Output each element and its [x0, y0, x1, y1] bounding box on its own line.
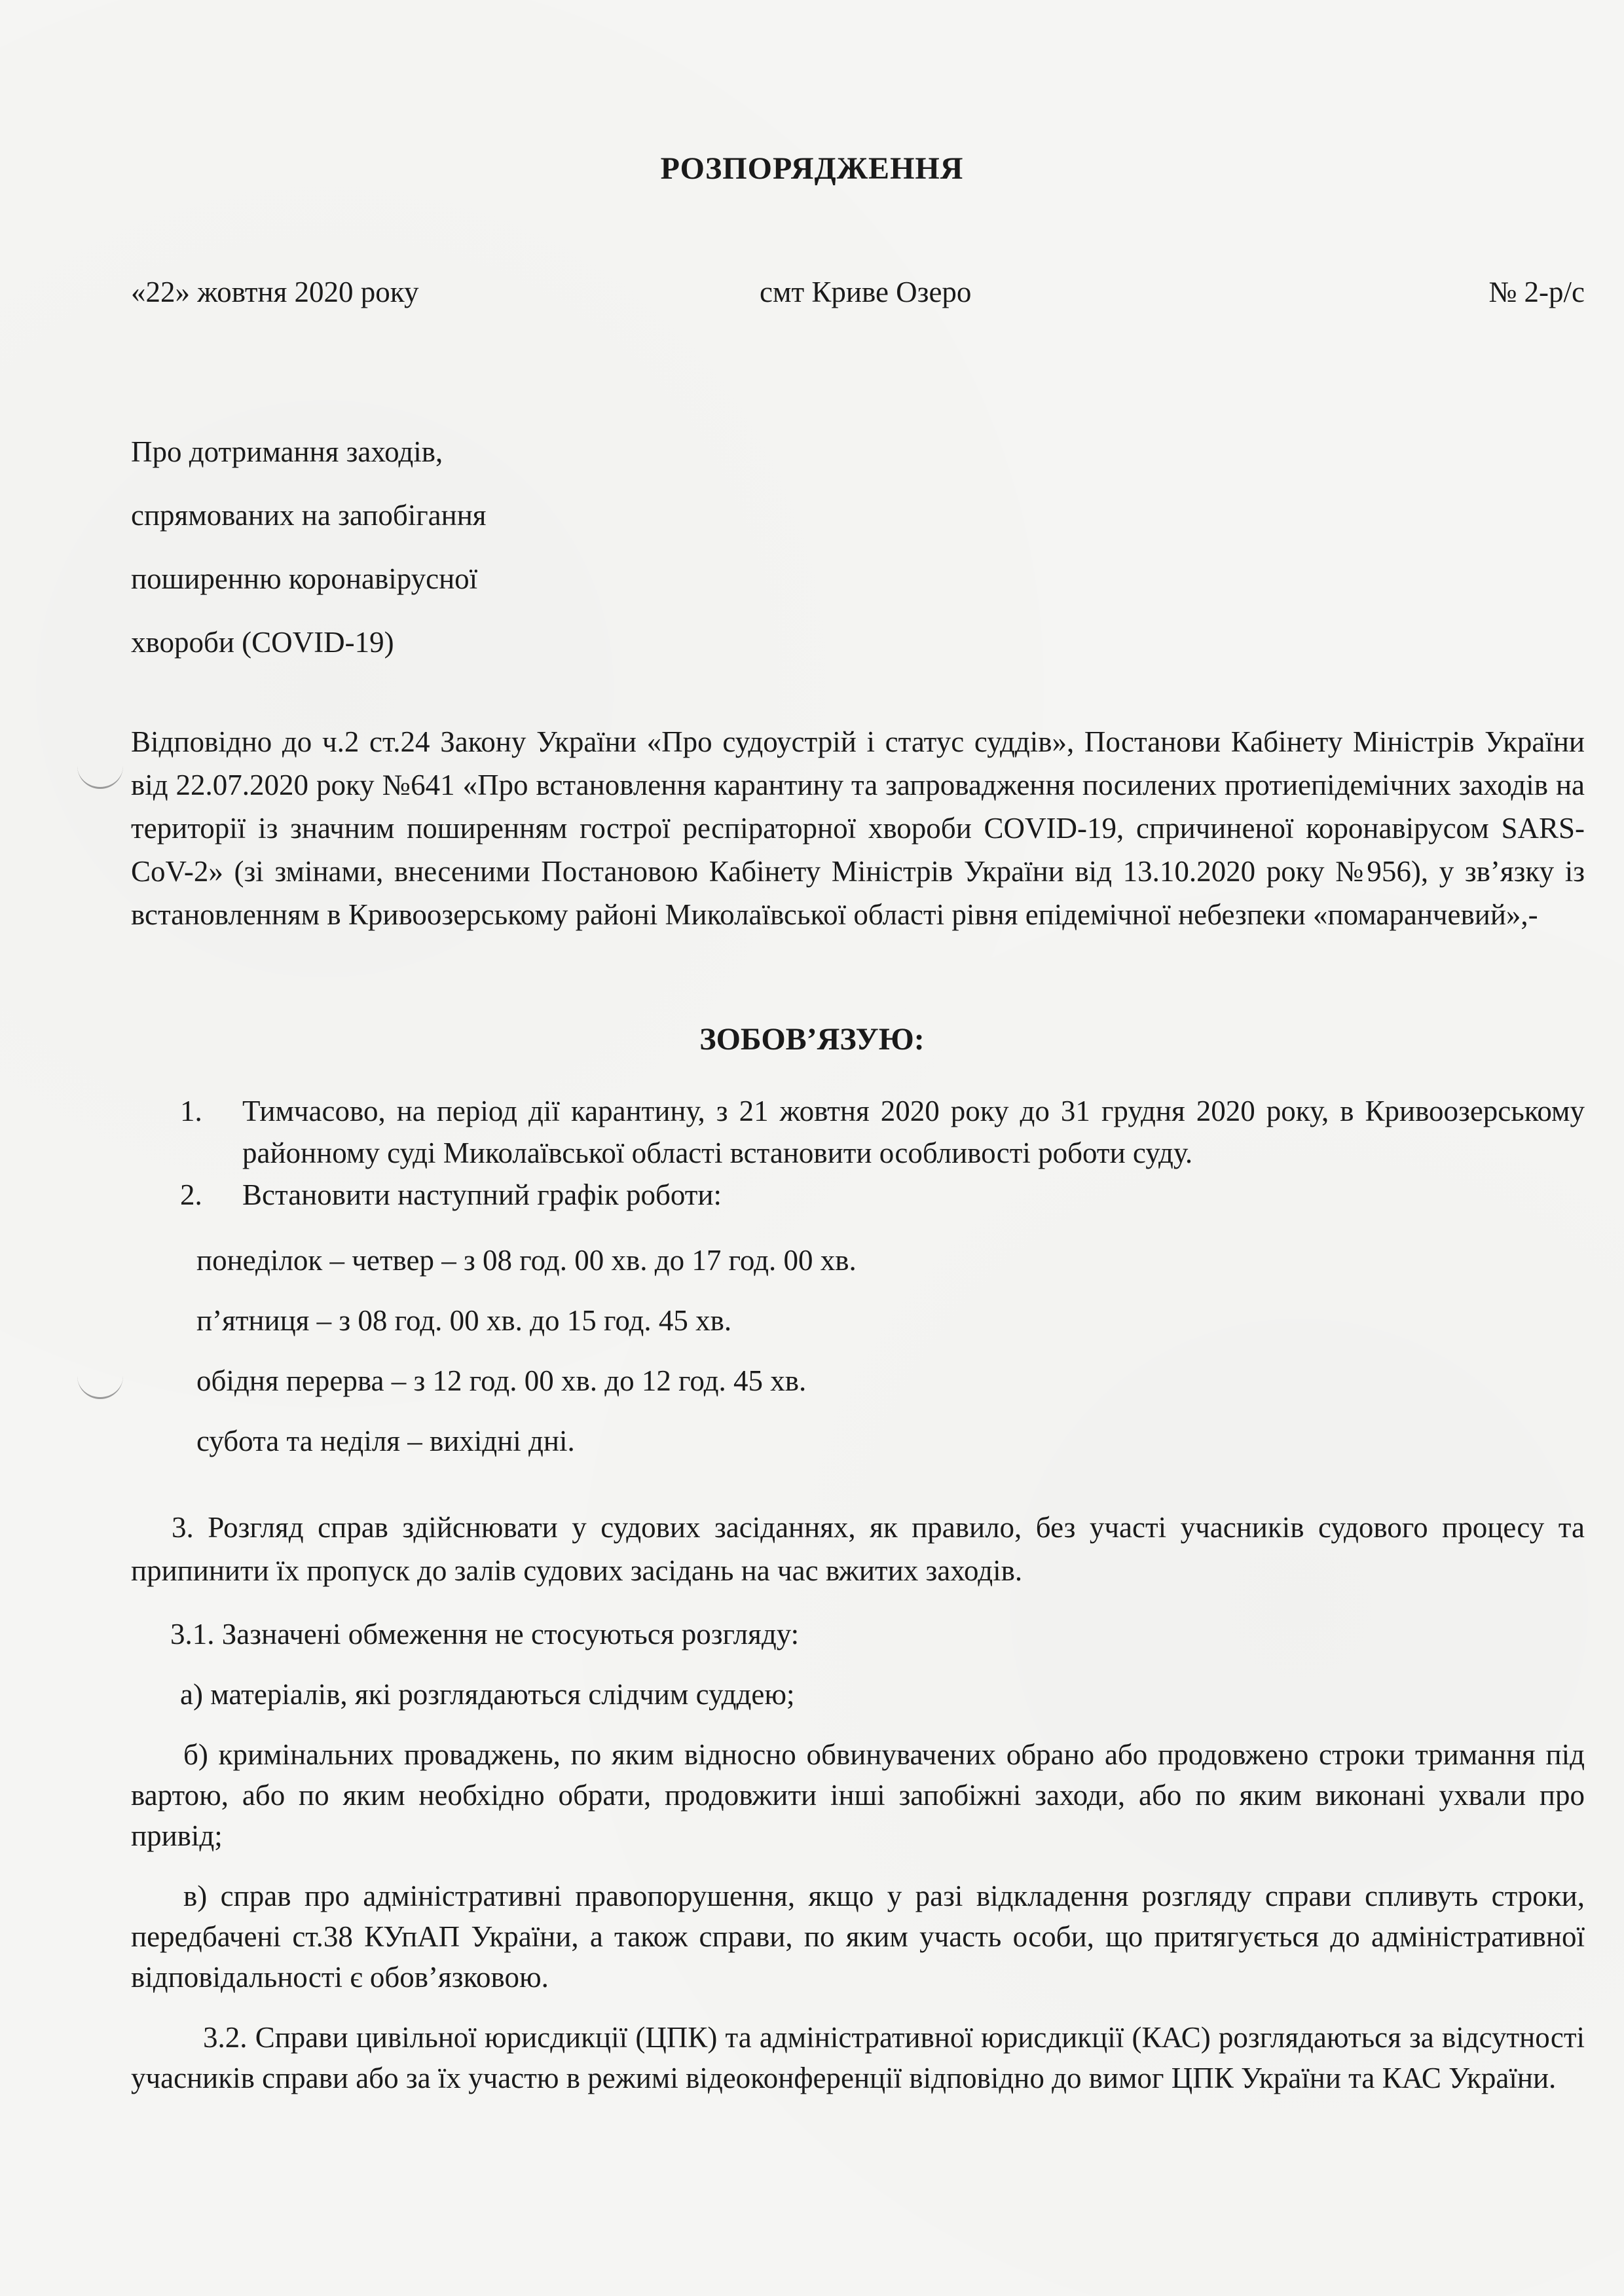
- document-date: «22» жовтня 2020 року: [131, 275, 419, 309]
- schedule-line: субота та неділя – вихідні дні.: [196, 1421, 1585, 1461]
- subject-line: спрямованих на запобігання: [131, 496, 1585, 535]
- numbered-list: 1. Тимчасово, на період дії карантину, з…: [131, 1090, 1585, 1482]
- item-3-paragraph: 3. Розгляд справ здійснювати у судових з…: [131, 1506, 1585, 1592]
- list-item: 2. Встановити наступний графік роботи:: [131, 1174, 1585, 1216]
- item-3-1-a: а) матеріалів, які розглядаються слідчим…: [131, 1674, 1585, 1715]
- subject-line: Про дотримання заходів,: [131, 432, 1585, 471]
- item-3-subsections: 3.1. Зазначені обмеження не стосуються р…: [131, 1614, 1585, 2118]
- punch-hole-mark: [77, 765, 123, 789]
- subject-line: поширенню коронавірусної: [131, 559, 1585, 598]
- document-place: смт Криве Озеро: [760, 275, 971, 309]
- oblige-heading: ЗОБОВ’ЯЗУЮ:: [0, 1021, 1624, 1057]
- punch-hole-mark: [77, 1375, 123, 1399]
- list-number: 1.: [131, 1090, 229, 1174]
- schedule-line: п’ятниця – з 08 год. 00 хв. до 15 год. 4…: [196, 1301, 1585, 1340]
- item-3-2-paragraph: 3.2. Справи цивільної юрисдикції (ЦПК) т…: [131, 2017, 1585, 2098]
- document-number: № 2-р/с: [1488, 275, 1585, 309]
- item-3-1-heading: 3.1. Зазначені обмеження не стосуються р…: [131, 1614, 1585, 1654]
- list-item: 1. Тимчасово, на період дії карантину, з…: [131, 1090, 1585, 1174]
- subject-line: хвороби (COVID-19): [131, 623, 1585, 662]
- document-header: «22» жовтня 2020 року смт Криве Озеро № …: [131, 275, 1585, 309]
- document-page: РОЗПОРЯДЖЕННЯ «22» жовтня 2020 року смт …: [0, 0, 1624, 2296]
- schedule-line: понеділок – четвер – з 08 год. 00 хв. до…: [196, 1241, 1585, 1280]
- item-3-1-c: в) справ про адміністративні правопоруше…: [131, 1876, 1585, 1997]
- list-text: Встановити наступний графік роботи:: [229, 1174, 1585, 1216]
- item-3-1-b: б) кримінальних проваджень, по яким відн…: [131, 1734, 1585, 1856]
- list-number: 2.: [131, 1174, 229, 1216]
- work-schedule: понеділок – четвер – з 08 год. 00 хв. до…: [131, 1241, 1585, 1461]
- preamble-paragraph: Відповідно до ч.2 ст.24 Закону України «…: [131, 720, 1585, 936]
- document-title: РОЗПОРЯДЖЕННЯ: [0, 151, 1624, 187]
- document-subject: Про дотримання заходів, спрямованих на з…: [131, 432, 1585, 686]
- list-text: Тимчасово, на період дії карантину, з 21…: [229, 1090, 1585, 1174]
- schedule-line: обідня перерва – з 12 год. 00 хв. до 12 …: [196, 1361, 1585, 1400]
